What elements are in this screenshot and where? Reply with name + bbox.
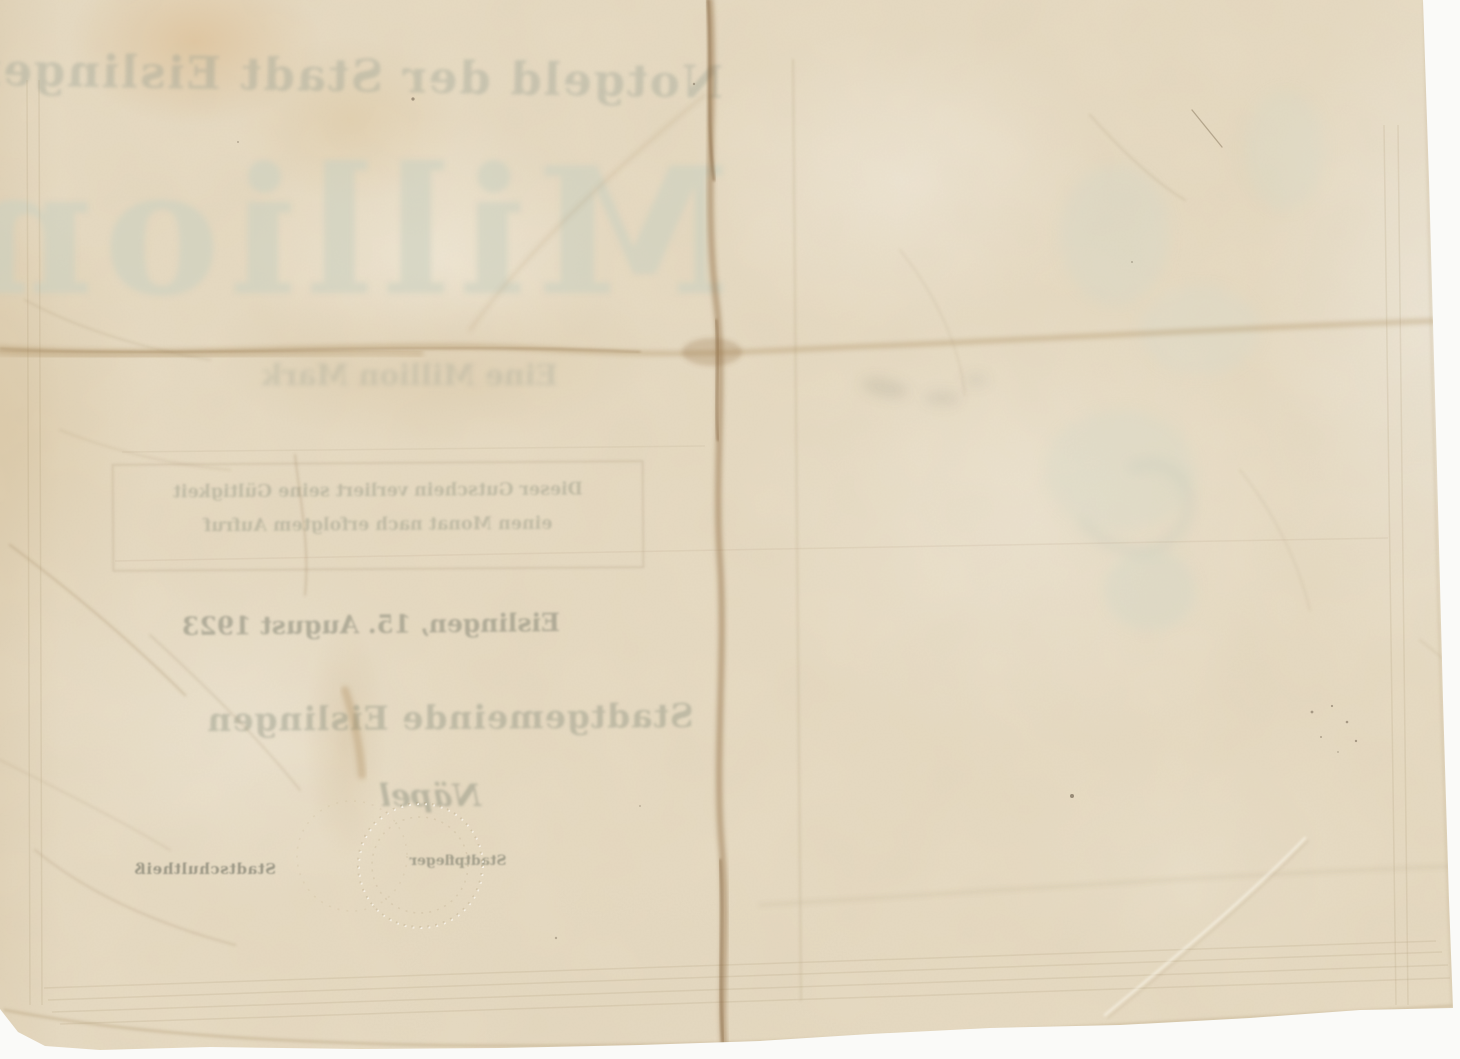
pressed-line <box>793 60 801 1000</box>
bottom-edge-shade <box>5 1006 1452 1046</box>
scan-background: Notgeld der Stadt Eislingen Million Eine… <box>0 0 1460 1059</box>
embossed-seal <box>297 801 483 928</box>
crease-overlay <box>0 0 1460 1059</box>
banknote-paper: Notgeld der Stadt Eislingen Million Eine… <box>0 0 1460 1059</box>
creases <box>0 0 1460 1046</box>
scratch <box>1192 110 1222 147</box>
right-edge-shade <box>1424 2 1452 1005</box>
ghost-frame-lines <box>27 80 1450 1024</box>
